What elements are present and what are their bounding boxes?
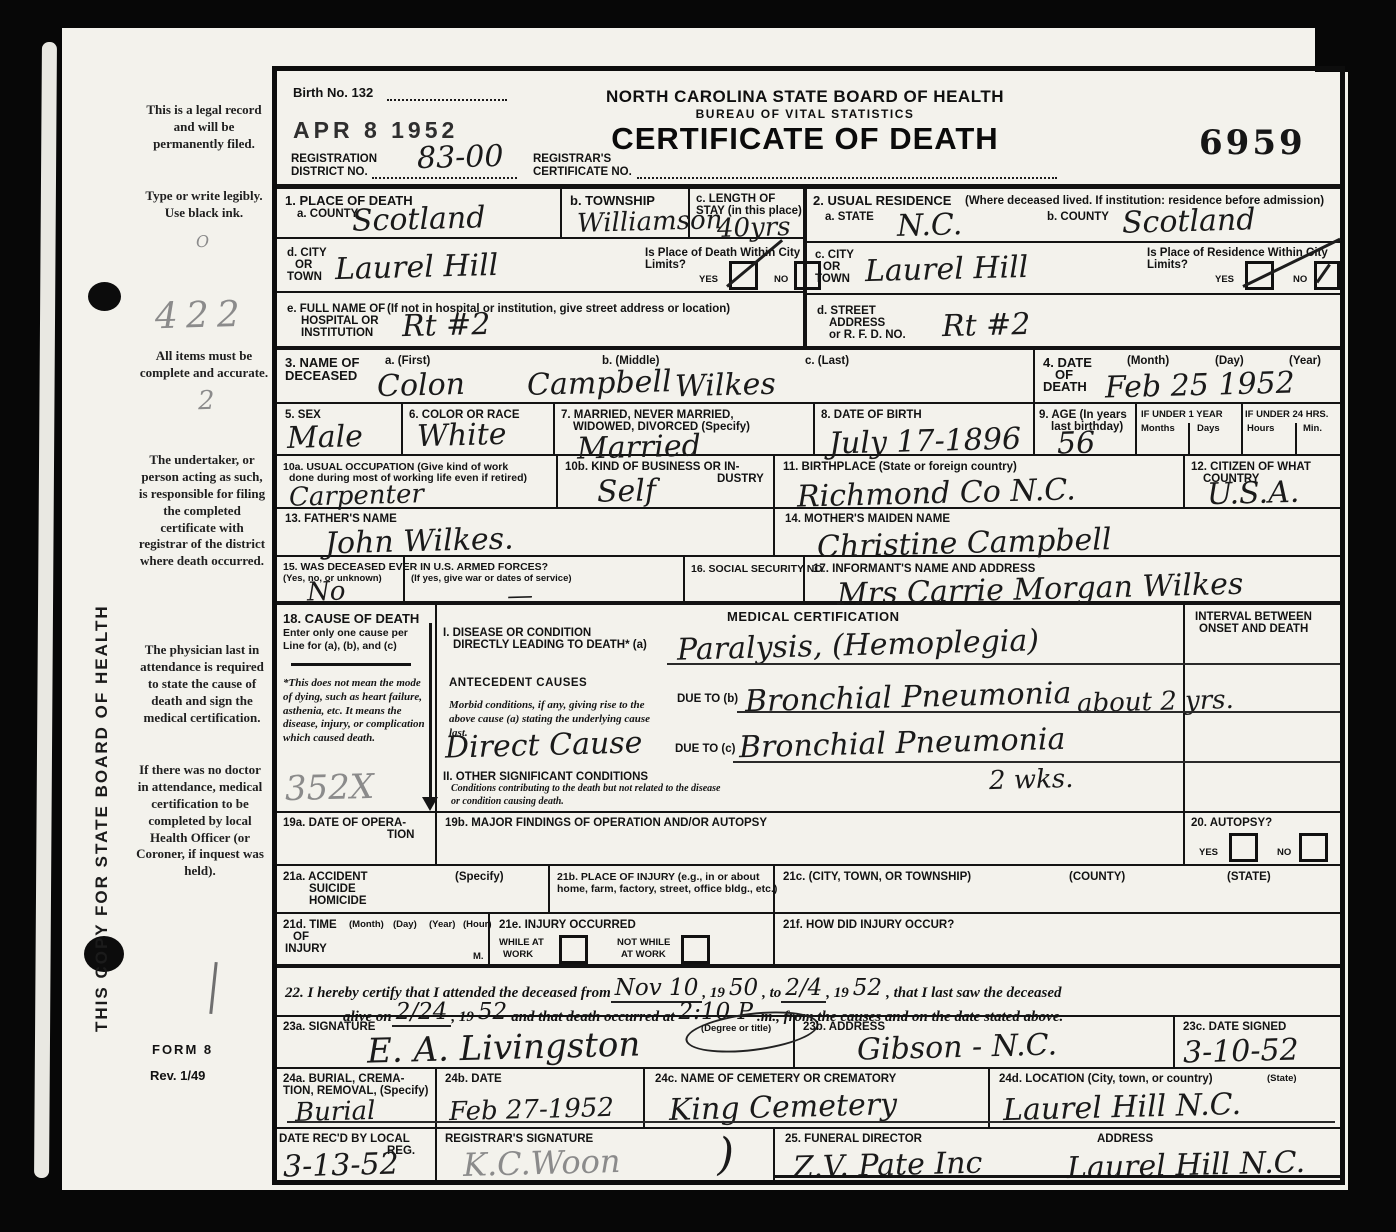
handwritten-arrow-head — [422, 797, 438, 811]
s1-hosp-label3: INSTITUTION — [301, 327, 373, 341]
margin-note-undertaker: The undertaker, or person acting as such… — [136, 452, 268, 570]
s24c-label: 24c. NAME OF CEMETERY OR CREMATORY — [655, 1073, 896, 1087]
s18-title: 18. CAUSE OF DEATH — [283, 611, 419, 627]
s21e-notwork-label2: AT WORK — [621, 949, 666, 960]
s21c-label3: (STATE) — [1227, 871, 1271, 885]
s9-under1yr-label: IF UNDER 1 YEAR — [1141, 409, 1223, 420]
certificate-form: Birth No. 132 APR 8 1952 REGISTRATION DI… — [272, 66, 1345, 1185]
certificate-number: 6959 — [1199, 123, 1306, 163]
s21e-notwork-label1: NOT WHILE — [617, 937, 670, 948]
s2-state-label: a. STATE — [825, 211, 874, 225]
header-divider — [277, 184, 1340, 189]
s11-value: Richmond Co N.C. — [797, 475, 1076, 512]
s24d-state-label: (State) — [1267, 1073, 1297, 1084]
med-title: MEDICAL CERTIFICATION — [727, 609, 900, 625]
s21e-notwork-checkbox — [681, 935, 710, 964]
s1-county-value: Scotland — [352, 203, 486, 236]
s1-hosp-value: Rt #2 — [402, 310, 491, 342]
med-cause-c-value: Bronchial Pneumonia — [739, 725, 1066, 764]
torn-edge-strip — [34, 42, 57, 1178]
s22-hw-toyr: 52 — [849, 975, 886, 1001]
med-line-c — [733, 761, 1340, 763]
s21d-day: (Day) — [393, 919, 417, 930]
med-line-a — [667, 663, 1340, 665]
s24-baseline — [287, 1121, 1335, 1123]
s10a-value: Carpenter — [289, 481, 425, 511]
med-interval-header2: ONSET AND DEATH — [1199, 623, 1308, 637]
s25-recd-value: 3-13-52 — [283, 1149, 399, 1182]
s6-value: White — [417, 420, 507, 452]
s22-hw-alive: 2/24 — [392, 999, 452, 1027]
s20-no-label: NO — [1277, 847, 1291, 858]
margin-note-nodoctor: If there was no doctor in attendance, me… — [134, 762, 266, 880]
s20-label: 20. AUTOPSY? — [1191, 817, 1272, 831]
s3-last-label: c. (Last) — [805, 355, 849, 369]
s15-value2: — — [507, 583, 534, 610]
s2-yes-label: YES — [1215, 274, 1234, 285]
s23c-value: 3-10-52 — [1183, 1035, 1299, 1068]
s23a-label: 23a. SIGNATURE — [283, 1021, 375, 1035]
s21d-label1: 21d. TIME — [283, 919, 337, 933]
registration-district-label1: REGISTRATION — [291, 153, 377, 167]
s11-label: 11. BIRTHPLACE (State or foreign country… — [783, 461, 1017, 475]
s22-hw-aliveyr: 52 — [474, 999, 511, 1025]
s25-director-value: Z.V. Pate Inc — [793, 1149, 983, 1184]
s21e-atwork-checkbox — [559, 935, 588, 964]
s20-no-checkbox — [1299, 833, 1328, 862]
s9-hours-label: Hours — [1247, 423, 1274, 434]
s18-rule — [291, 663, 411, 666]
s21b-label1: 21b. PLACE OF INJURY (e.g., in or about — [557, 871, 759, 884]
s12-value: U.S.A. — [1207, 478, 1300, 510]
s19b-label: 19b. MAJOR FINDINGS OF OPERATION AND/OR … — [445, 817, 767, 831]
s4-title3: DEATH — [1043, 379, 1087, 395]
registration-district-label2: DISTRICT NO. — [291, 166, 368, 180]
s3-last-value: Wilkes — [675, 370, 777, 403]
registration-district-line — [372, 177, 517, 179]
death-certificate-scan: { "doc": { "birth_no": "Birth No. 132", … — [0, 0, 1396, 1232]
s8-label: 8. DATE OF BIRTH — [821, 409, 922, 423]
s3-first-label: a. (First) — [385, 355, 430, 369]
s21a-label3: HOMICIDE — [309, 895, 367, 909]
s21d-year: (Year) — [429, 919, 455, 930]
s2-street-value: Rt #2 — [942, 310, 1031, 342]
s2-city-value: Laurel Hill — [865, 253, 1029, 287]
s20-yes-label: YES — [1199, 847, 1218, 858]
s21d-hour: (Hour) — [463, 919, 492, 930]
margin-note-type: Type or write legibly. Use black ink. — [138, 188, 270, 222]
s19a-label2: TION — [387, 829, 414, 843]
s18-pencil-code: 352X — [285, 770, 375, 806]
s2-title: 2. USUAL RESIDENCE — [813, 193, 951, 209]
med-antecedent-label: ANTECEDENT CAUSES — [449, 677, 587, 691]
s4-value: Feb 25 1952 — [1105, 369, 1295, 404]
s25-address-value: Laurel Hill N.C. — [1067, 1148, 1306, 1184]
s9-days-label: Days — [1197, 423, 1220, 434]
margin-note-complete: All items must be complete and accurate. — [138, 348, 270, 382]
s22-p7: , 19 — [451, 1009, 474, 1025]
s2-county-label: b. COUNTY — [1047, 211, 1109, 225]
s1-limits-q2: Limits? — [645, 259, 686, 273]
s4-month-label: (Month) — [1127, 355, 1169, 369]
margin-note-physician: The physician last in attendance is requ… — [136, 642, 268, 726]
s21b-label2: home, farm, factory, street, office bldg… — [557, 883, 777, 896]
s23a-signature: E. A. Livingston — [367, 1027, 641, 1068]
s1-stay-value: 40yrs — [717, 214, 791, 242]
s1-city-value: Laurel Hill — [335, 251, 499, 285]
s21d-label3: INJURY — [285, 943, 327, 957]
s1-county-label: a. COUNTY — [297, 208, 358, 222]
s9-value: 56 — [1057, 429, 1096, 460]
med-line-b — [737, 711, 1340, 713]
registrar-cert-line — [637, 177, 1057, 179]
s25-address-label: ADDRESS — [1097, 1133, 1153, 1147]
s1-no-label: NO — [774, 274, 788, 285]
med-disease-label2: DIRECTLY LEADING TO DEATH* (a) — [453, 639, 647, 653]
s24b-label: 24b. DATE — [445, 1073, 502, 1087]
pencil-mark-o: O — [196, 234, 210, 250]
bureau-name: BUREAU OF VITAL STATISTICS — [696, 107, 915, 121]
s20-yes-checkbox — [1229, 833, 1258, 862]
s2-state-value: N.C. — [897, 210, 963, 242]
s21c-label2: (COUNTY) — [1069, 871, 1125, 885]
registrar-cert-label1: REGISTRAR'S — [533, 153, 611, 167]
s2-city-label3: TOWN — [815, 273, 850, 287]
s5-value: Male — [287, 422, 364, 454]
registration-district-value: 83-00 — [417, 142, 504, 174]
form-revision: Rev. 1/49 — [150, 1068, 205, 1084]
s22-hw-fromyr: 50 — [725, 975, 762, 1001]
s22-p8: and that death occurred at — [511, 1009, 674, 1025]
s8-value: July 17-1896 — [829, 424, 1022, 459]
s16-label: 16. SOCIAL SECURITY NO. — [691, 563, 825, 576]
s3-middle-value: Campbell — [527, 367, 672, 401]
s2-street-label3: or R. F. D. NO. — [829, 329, 906, 343]
registrar-cert-label2: CERTIFICATE NO. — [533, 166, 632, 180]
s9-months-label: Months — [1141, 423, 1175, 434]
s9-min-label: Min. — [1303, 423, 1322, 434]
s21a-specify: (Specify) — [455, 871, 504, 885]
s15-sub2: (If yes, give war or dates of service) — [411, 573, 572, 584]
margin-vertical-text: THIS COPY FOR STATE BOARD OF HEALTH — [92, 432, 112, 1032]
page-title: CERTIFICATE OF DEATH — [611, 121, 998, 157]
s25-registrar-signature: K.C.Woon — [463, 1145, 621, 1181]
handwritten-arrow-line — [429, 623, 432, 799]
pencil-mark-2: 2 — [198, 388, 215, 414]
hole-punch-top — [88, 282, 121, 311]
med-direct-cause-hw: Direct Cause — [445, 728, 643, 763]
s24d-label: 24d. LOCATION (City, town, or country) — [999, 1073, 1213, 1087]
s13-value: John Wilkes. — [325, 525, 514, 560]
birth-no: Birth No. 132 — [293, 85, 373, 101]
s3-first-value: Colon — [377, 370, 466, 402]
s1-city-label3: TOWN — [287, 271, 322, 285]
med-other-note: Conditions contributing to the death but… — [451, 783, 731, 808]
s2-limits-q2: Limits? — [1147, 259, 1188, 273]
s21e-atwork-label1: WHILE AT — [499, 937, 544, 948]
s23b-value: Gibson - N.C. — [857, 1030, 1058, 1065]
med-dueto-b-label: DUE TO (b) — [677, 693, 738, 707]
med-cause-a-value: Paralysis, (Hemoplegia) — [677, 626, 1040, 665]
s15-value: No — [307, 579, 346, 606]
s25-director-label: 25. FUNERAL DIRECTOR — [785, 1133, 922, 1147]
margin-note-legal: This is a legal record and will be perma… — [138, 102, 270, 153]
org-name: NORTH CAROLINA STATE BOARD OF HEALTH — [606, 87, 1004, 107]
s22-p5: , that I last saw the deceased — [886, 985, 1061, 1001]
s3-title2: DECEASED — [285, 368, 357, 384]
s14-value: Christine Campbell — [817, 525, 1112, 563]
scan-shadow-topright — [1315, 0, 1396, 72]
med-interval-c-value: 2 wks. — [989, 766, 1074, 794]
s15-label: 15. WAS DECEASED EVER IN U.S. ARMED FORC… — [283, 561, 548, 574]
s7-value: Married — [577, 431, 702, 464]
s21d-m: M. — [473, 951, 484, 962]
s25-scribble-mark: ) — [716, 1133, 734, 1177]
s21f-label: 21f. HOW DID INJURY OCCUR? — [783, 919, 954, 933]
s14-label: 14. MOTHER'S MAIDEN NAME — [785, 513, 950, 527]
s25-underline — [773, 1175, 1340, 1178]
birth-no-line — [387, 99, 507, 101]
s9-under24-label: IF UNDER 24 HRS. — [1245, 409, 1328, 420]
s21d-month: (Month) — [349, 919, 384, 930]
s22-p3: , to — [762, 985, 781, 1001]
form-number: FORM 8 — [152, 1042, 213, 1058]
s18-note1: Enter only one cause per Line for (a), (… — [283, 627, 431, 653]
med-dueto-c-label: DUE TO (c) — [675, 743, 736, 757]
s22-hw-to: 2/4 — [781, 975, 826, 1003]
s21c-label1: 21c. (CITY, TOWN, OR TOWNSHIP) — [783, 871, 971, 885]
s22-p4: , 19 — [826, 985, 849, 1001]
s21e-label: 21e. INJURY OCCURRED — [499, 919, 636, 933]
s21e-atwork-label2: WORK — [503, 949, 533, 960]
s18-note2: *This does not mean the mode of dying, s… — [283, 677, 431, 746]
s1-yes-label: YES — [699, 274, 718, 285]
pencil-mark-422: 422 — [155, 297, 249, 335]
s2-no-label: NO — [1293, 274, 1307, 285]
s10b-value: Self — [597, 476, 657, 508]
s2-county-value: Scotland — [1122, 205, 1256, 238]
s10b-label2: DUSTRY — [717, 473, 764, 487]
